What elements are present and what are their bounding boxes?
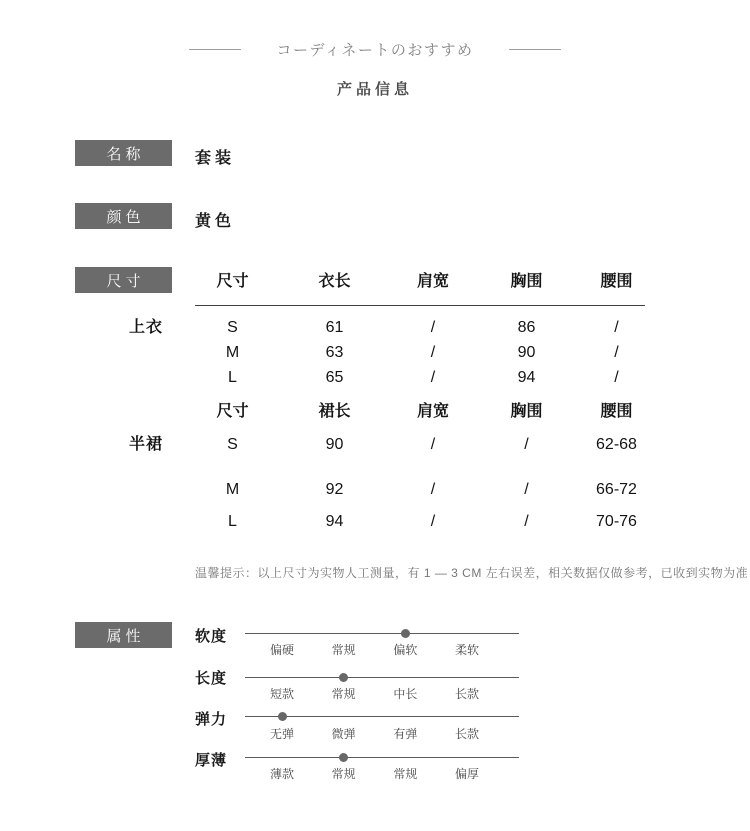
value-cell: 62-68 bbox=[573, 435, 660, 455]
value-cell: / bbox=[573, 368, 660, 388]
table-header-row: 尺寸裙长肩宽胸围腰围 bbox=[110, 402, 660, 422]
table-row: L94//70-76 bbox=[110, 512, 660, 532]
table-row: M92//66-72 bbox=[110, 480, 660, 500]
name-label-badge: 名称 bbox=[75, 140, 172, 166]
value-cell: 61 bbox=[283, 318, 386, 338]
header-cell: 裙长 bbox=[283, 402, 386, 422]
value-cell: 92 bbox=[283, 480, 386, 500]
slider-scale-label: 短款 bbox=[270, 685, 294, 702]
slider-scale-label: 有弹 bbox=[393, 725, 417, 742]
section-header-label: コーディネートのおすすめ bbox=[277, 39, 474, 60]
table-header-row: 尺寸衣长肩宽胸围腰围 bbox=[110, 272, 660, 292]
value-cell: / bbox=[386, 435, 480, 455]
slider-dot bbox=[339, 753, 348, 762]
slider-title: 软度 bbox=[195, 625, 227, 646]
header-cell: 尺寸 bbox=[182, 272, 283, 292]
table-header-underline bbox=[195, 305, 645, 306]
slider-dot bbox=[401, 629, 410, 638]
value-cell: L bbox=[182, 512, 283, 532]
slider-track bbox=[245, 757, 519, 758]
slider-scale-label: 偏硬 bbox=[270, 641, 294, 658]
product-info-page: コーディネートのおすすめ 产品信息 名称 套装 颜色 黄色 尺寸 尺寸衣长肩宽胸… bbox=[0, 0, 750, 831]
slider-title: 长度 bbox=[195, 667, 227, 688]
group-label-cell bbox=[110, 480, 182, 500]
slider-scale-label: 无弹 bbox=[270, 725, 294, 742]
attributes-label-badge: 属性 bbox=[75, 622, 172, 648]
slider-scale-label: 偏厚 bbox=[455, 765, 479, 782]
value-cell: / bbox=[386, 343, 480, 363]
header-cell: 腰围 bbox=[573, 402, 660, 422]
value-cell: 63 bbox=[283, 343, 386, 363]
value-cell: 94 bbox=[283, 512, 386, 532]
slider-title: 弹力 bbox=[195, 708, 227, 729]
slider-scale-label: 长款 bbox=[455, 725, 479, 742]
slider-dot bbox=[339, 673, 348, 682]
slider-scale-label: 常规 bbox=[393, 765, 417, 782]
value-cell: S bbox=[182, 435, 283, 455]
header-cell: 衣长 bbox=[283, 272, 386, 292]
value-cell: / bbox=[480, 480, 573, 500]
value-cell: 90 bbox=[283, 435, 386, 455]
group-label-cell bbox=[110, 368, 182, 388]
color-value: 黄色 bbox=[195, 208, 235, 231]
value-cell: 94 bbox=[480, 368, 573, 388]
group-label-cell: 半裙 bbox=[110, 435, 182, 455]
name-value: 套装 bbox=[195, 145, 235, 168]
slider-dot bbox=[278, 712, 287, 721]
value-cell: / bbox=[573, 343, 660, 363]
group-label-cell bbox=[110, 402, 182, 422]
table-row: 半裙S90//62-68 bbox=[110, 435, 660, 455]
header-cell: 腰围 bbox=[573, 272, 660, 292]
slider-scale-label: 常规 bbox=[332, 765, 356, 782]
slider-scale-label: 微弹 bbox=[332, 725, 356, 742]
header-cell: 尺寸 bbox=[182, 402, 283, 422]
page-title: 产品信息 bbox=[0, 78, 750, 99]
slider-scale-label: 常规 bbox=[332, 685, 356, 702]
header-cell: 肩宽 bbox=[386, 402, 480, 422]
value-cell: / bbox=[480, 435, 573, 455]
size-note: 温馨提示：以上尺寸为实物人工测量，有 1 — 3 CM 左右误差，相关数据仅做参… bbox=[195, 564, 748, 581]
group-label-cell bbox=[110, 272, 182, 292]
value-cell: 90 bbox=[480, 343, 573, 363]
value-cell: 70-76 bbox=[573, 512, 660, 532]
color-label-badge: 颜色 bbox=[75, 203, 172, 229]
header-cell: 胸围 bbox=[480, 402, 573, 422]
header-cell: 肩宽 bbox=[386, 272, 480, 292]
header-cell: 胸围 bbox=[480, 272, 573, 292]
value-cell: / bbox=[480, 512, 573, 532]
value-cell: / bbox=[386, 318, 480, 338]
left-rule-line bbox=[189, 49, 241, 50]
value-cell: / bbox=[386, 512, 480, 532]
table-row: M63/90/ bbox=[110, 343, 660, 363]
slider-scale-label: 柔软 bbox=[455, 641, 479, 658]
table-row: 上衣S61/86/ bbox=[110, 318, 660, 338]
slider-track bbox=[245, 677, 519, 678]
group-label-cell: 上衣 bbox=[110, 318, 182, 338]
value-cell: M bbox=[182, 343, 283, 363]
value-cell: 86 bbox=[480, 318, 573, 338]
slider-scale-label: 常规 bbox=[332, 641, 356, 658]
slider-title: 厚薄 bbox=[195, 749, 227, 770]
value-cell: / bbox=[573, 318, 660, 338]
group-label-cell bbox=[110, 343, 182, 363]
table-row: L65/94/ bbox=[110, 368, 660, 388]
group-label-cell bbox=[110, 512, 182, 532]
slider-scale-label: 中长 bbox=[393, 685, 417, 702]
value-cell: / bbox=[386, 368, 480, 388]
value-cell: / bbox=[386, 480, 480, 500]
slider-scale-label: 薄款 bbox=[270, 765, 294, 782]
value-cell: S bbox=[182, 318, 283, 338]
right-rule-line bbox=[509, 49, 561, 50]
value-cell: M bbox=[182, 480, 283, 500]
value-cell: 66-72 bbox=[573, 480, 660, 500]
value-cell: 65 bbox=[283, 368, 386, 388]
section-header: コーディネートのおすすめ bbox=[0, 39, 750, 60]
slider-scale-label: 偏软 bbox=[393, 641, 417, 658]
slider-scale-label: 长款 bbox=[455, 685, 479, 702]
value-cell: L bbox=[182, 368, 283, 388]
slider-track bbox=[245, 633, 519, 634]
